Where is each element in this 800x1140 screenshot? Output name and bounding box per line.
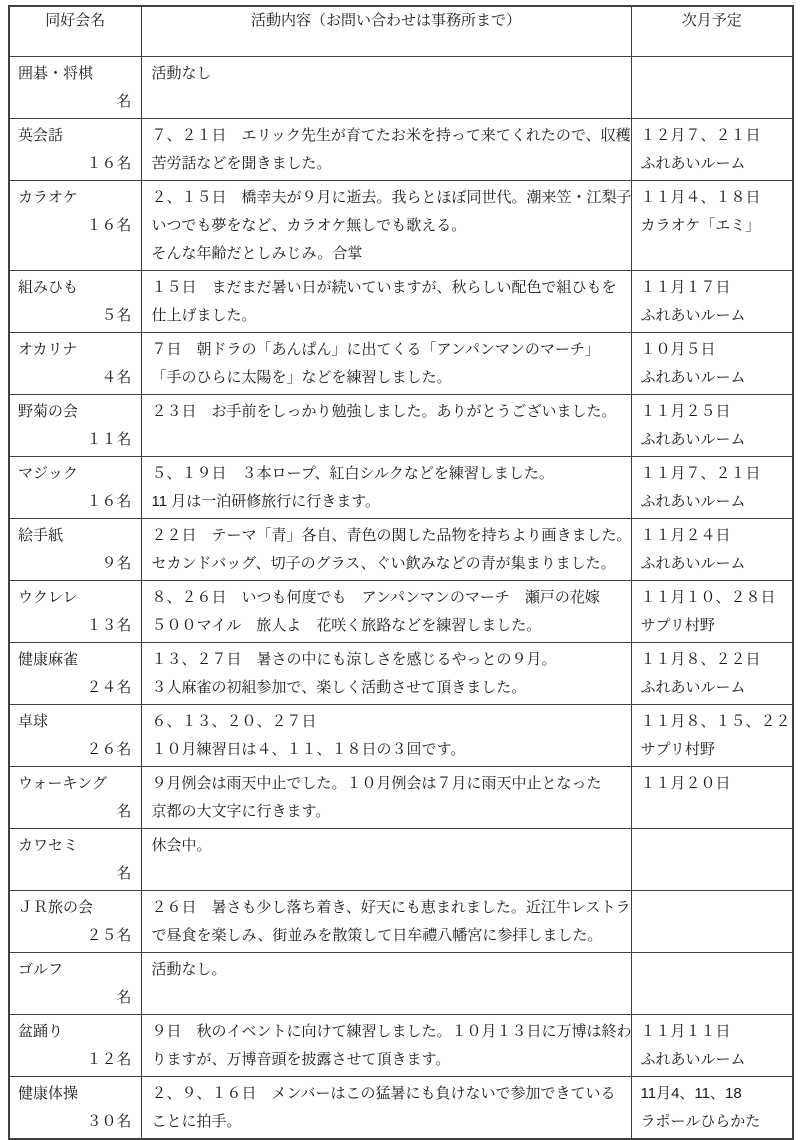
club-name: マジック bbox=[18, 460, 132, 488]
table-row: ウォーキング 名 ９月例会は雨天中止でした。１０月例会は７月に雨天中止となった京… bbox=[9, 766, 793, 828]
next-month-line: １１月２５日 bbox=[641, 398, 791, 426]
activity-cell: ５、１９日 ３本ロープ、紅白シルクなどを練習しました。11 月は一泊研修旅行に行… bbox=[141, 456, 631, 518]
table-row: 囲碁・将棋 名 活動なし bbox=[9, 56, 793, 118]
activity-line: 活動なし。 bbox=[152, 956, 627, 984]
next-month-cell bbox=[631, 828, 793, 890]
club-cell: マジック １６名 bbox=[9, 456, 141, 518]
club-cell: 健康体操 ３０名 bbox=[9, 1076, 141, 1139]
table-row: 健康麻雀 ２４名 １３、２７日 暑さの中にも涼しさを感じるやっとの９月。３人麻雀… bbox=[9, 642, 793, 704]
next-month-cell: １１月４、１８日カラオケ「エミ」 bbox=[631, 180, 793, 270]
activity-cell: ８、２６日 いつも何度でも アンパンマンのマーチ 瀬戸の花嫁５００マイル 旅人よ… bbox=[141, 580, 631, 642]
club-name: 健康麻雀 bbox=[18, 646, 132, 674]
activity-cell: ９月例会は雨天中止でした。１０月例会は７月に雨天中止となった京都の大文字に行きま… bbox=[141, 766, 631, 828]
table-header-row: 同好会名 活動内容（お問い合わせは事務所まで） 次月予定 bbox=[9, 6, 793, 56]
club-name: カラオケ bbox=[18, 184, 132, 212]
activity-line: ３人麻雀の初組参加で、楽しく活動させて頂きました。 bbox=[152, 674, 627, 702]
next-month-cell: １１月２４日ふれあいルーム bbox=[631, 518, 793, 580]
next-month-cell: １２月７、２１日ふれあいルーム bbox=[631, 118, 793, 180]
activity-line: ５、１９日 ３本ロープ、紅白シルクなどを練習しました。 bbox=[152, 460, 627, 488]
member-count: １２名 bbox=[18, 1046, 132, 1074]
club-cell: 組みひも ５名 bbox=[9, 270, 141, 332]
next-month-line: １２月７、２１日 bbox=[641, 122, 791, 150]
activity-line: ことに拍手。 bbox=[152, 1108, 627, 1136]
club-activity-table: 同好会名 活動内容（お問い合わせは事務所まで） 次月予定 囲碁・将棋 名 活動な… bbox=[8, 5, 794, 1140]
next-month-line: １１月１０、２８日 bbox=[641, 584, 791, 612]
club-name: 盆踊り bbox=[18, 1018, 132, 1046]
activity-cell: 活動なし。 bbox=[141, 952, 631, 1014]
club-cell: ＪＲ旅の会 ２５名 bbox=[9, 890, 141, 952]
page: 同好会名 活動内容（お問い合わせは事務所まで） 次月予定 囲碁・将棋 名 活動な… bbox=[0, 0, 800, 1042]
next-month-cell: １１月７、２１日ふれあいルーム bbox=[631, 456, 793, 518]
club-cell: ウクレレ １３名 bbox=[9, 580, 141, 642]
next-month-line: サプリ村野 bbox=[641, 736, 791, 764]
club-name: 英会話 bbox=[18, 122, 132, 150]
member-count: １６名 bbox=[18, 488, 132, 516]
activity-cell: １５日 まだまだ暑い日が続いていますが、秋らしい配色で組ひもを仕上げました。 bbox=[141, 270, 631, 332]
activity-cell: ２３日 お手前をしっかり勉強しました。ありがとうございました。 bbox=[141, 394, 631, 456]
next-month-cell: １１月１７日ふれあいルーム bbox=[631, 270, 793, 332]
next-month-line: ふれあいルーム bbox=[641, 150, 791, 178]
activity-cell: 活動なし bbox=[141, 56, 631, 118]
club-name: ウクレレ bbox=[18, 584, 132, 612]
club-cell: 健康麻雀 ２４名 bbox=[9, 642, 141, 704]
activity-line: ８、２６日 いつも何度でも アンパンマンのマーチ 瀬戸の花嫁 bbox=[152, 584, 627, 612]
activity-line: ５００マイル 旅人よ 花咲く旅路などを練習しました。 bbox=[152, 612, 627, 640]
next-month-line: ふれあいルーム bbox=[641, 426, 791, 454]
next-month-line: ふれあいルーム bbox=[641, 364, 791, 392]
activity-line: １０月練習日は４、１１、１８日の３回です。 bbox=[152, 736, 627, 764]
activity-cell: ２６日 暑さも少し落ち着き、好天にも恵まれました。近江牛レストランで昼食を楽しみ… bbox=[141, 890, 631, 952]
club-cell: 卓球 ２６名 bbox=[9, 704, 141, 766]
club-name: 組みひも bbox=[18, 274, 132, 302]
club-name: ウォーキング bbox=[18, 770, 132, 798]
club-name: ゴルフ bbox=[18, 956, 132, 984]
activity-line: 活動なし bbox=[152, 60, 627, 88]
activity-cell: ２、９、１６日 メンバーはこの猛暑にも負けないで参加できていることに拍手。 bbox=[141, 1076, 631, 1139]
club-cell: ゴルフ 名 bbox=[9, 952, 141, 1014]
member-count: ２４名 bbox=[18, 674, 132, 702]
member-count: ５名 bbox=[18, 302, 132, 330]
next-month-cell bbox=[631, 890, 793, 952]
next-month-line: 11月4、11、18 bbox=[641, 1080, 791, 1108]
activity-line: 苦労話などを聞きました。 bbox=[152, 150, 627, 178]
next-month-cell bbox=[631, 56, 793, 118]
member-count: 名 bbox=[18, 88, 132, 116]
next-month-line: １１月７、２１日 bbox=[641, 460, 791, 488]
table-row: ゴルフ 名 活動なし。 bbox=[9, 952, 793, 1014]
activity-line: セカンドバッグ、切子のグラス、ぐい飲みなどの青が集まりました。 bbox=[152, 550, 627, 578]
activity-line: ２、１５日 橋幸夫が９月に逝去。我らとほぼ同世代。潮来笠・江梨子・ bbox=[152, 184, 627, 212]
club-name: カワセミ bbox=[18, 832, 132, 860]
header-activity: 活動内容（お問い合わせは事務所まで） bbox=[141, 6, 631, 56]
table-row: ＪＲ旅の会 ２５名 ２６日 暑さも少し落ち着き、好天にも恵まれました。近江牛レス… bbox=[9, 890, 793, 952]
table-row: オカリナ ４名 ７日 朝ドラの「あんぱん」に出てくる「アンパンマンのマーチ」「手… bbox=[9, 332, 793, 394]
next-month-cell: １１月１１日ふれあいルーム bbox=[631, 1014, 793, 1076]
club-name: 野菊の会 bbox=[18, 398, 132, 426]
club-cell: 英会話 １６名 bbox=[9, 118, 141, 180]
next-month-line: １１月８、２２日 bbox=[641, 646, 791, 674]
table-row: カラオケ １６名 ２、１５日 橋幸夫が９月に逝去。我らとほぼ同世代。潮来笠・江梨… bbox=[9, 180, 793, 270]
next-month-line: １１月８、１５、２２ bbox=[641, 708, 791, 736]
activity-cell: ６、１３、２０、２７日１０月練習日は４、１１、１８日の３回です。 bbox=[141, 704, 631, 766]
activity-line: 京都の大文字に行きます。 bbox=[152, 798, 627, 826]
table-row: 盆踊り １２名 ９日 秋のイベントに向けて練習しました。１０月１３日に万博は終わ… bbox=[9, 1014, 793, 1076]
club-cell: 絵手紙 ９名 bbox=[9, 518, 141, 580]
member-count: ２５名 bbox=[18, 922, 132, 950]
activity-line: ９月例会は雨天中止でした。１０月例会は７月に雨天中止となった bbox=[152, 770, 627, 798]
club-cell: 野菊の会 １１名 bbox=[9, 394, 141, 456]
activity-line: １３、２７日 暑さの中にも涼しさを感じるやっとの９月。 bbox=[152, 646, 627, 674]
next-month-cell: １１月８、２２日ふれあいルーム bbox=[631, 642, 793, 704]
activity-line: ７日 朝ドラの「あんぱん」に出てくる「アンパンマンのマーチ」 bbox=[152, 336, 627, 364]
member-count: ４名 bbox=[18, 364, 132, 392]
next-month-line: サプリ村野 bbox=[641, 612, 791, 640]
activity-cell: ９日 秋のイベントに向けて練習しました。１０月１３日に万博は終わりますが、万博音… bbox=[141, 1014, 631, 1076]
activity-cell: ７、２１日 エリック先生が育てたお米を持って来てくれたので、収穫の苦労話などを聞… bbox=[141, 118, 631, 180]
activity-line: そんな年齢だとしみじみ。合掌 bbox=[152, 240, 627, 268]
table-row: カワセミ 名 休会中。 bbox=[9, 828, 793, 890]
club-name: 囲碁・将棋 bbox=[18, 60, 132, 88]
activity-cell: ２、１５日 橋幸夫が９月に逝去。我らとほぼ同世代。潮来笠・江梨子・いつでも夢をな… bbox=[141, 180, 631, 270]
member-count: ９名 bbox=[18, 550, 132, 578]
table-body: 囲碁・将棋 名 活動なし 英会話 １６名 ７、２１日 エリック先生が育てたお米を… bbox=[9, 56, 793, 1139]
club-cell: オカリナ ４名 bbox=[9, 332, 141, 394]
activity-cell: ７日 朝ドラの「あんぱん」に出てくる「アンパンマンのマーチ」「手のひらに太陽を」… bbox=[141, 332, 631, 394]
activity-line: 仕上げました。 bbox=[152, 302, 627, 330]
member-count: １６名 bbox=[18, 150, 132, 178]
table-row: 卓球 ２６名 ６、１３、２０、２７日１０月練習日は４、１１、１８日の３回です。 … bbox=[9, 704, 793, 766]
next-month-line: ふれあいルーム bbox=[641, 1046, 791, 1074]
next-month-cell: 11月4、11、18ラポールひらかた bbox=[631, 1076, 793, 1139]
member-count: 名 bbox=[18, 860, 132, 888]
next-month-cell: １１月１０、２８日サプリ村野 bbox=[631, 580, 793, 642]
next-month-line: １１月４、１８日 bbox=[641, 184, 791, 212]
club-cell: 囲碁・将棋 名 bbox=[9, 56, 141, 118]
table-row: 野菊の会 １１名 ２３日 お手前をしっかり勉強しました。ありがとうございました。… bbox=[9, 394, 793, 456]
club-name: 卓球 bbox=[18, 708, 132, 736]
club-cell: ウォーキング 名 bbox=[9, 766, 141, 828]
activity-line: りますが、万博音頭を披露させて頂きます。 bbox=[152, 1046, 627, 1074]
table-row: 絵手紙 ９名 ２２日 テーマ「青」各自、青色の関した品物を持ちより画きました。花… bbox=[9, 518, 793, 580]
activity-line: ６、１３、２０、２７日 bbox=[152, 708, 627, 736]
next-month-line: １１月１１日 bbox=[641, 1018, 791, 1046]
activity-line: 休会中。 bbox=[152, 832, 627, 860]
activity-line: ２、９、１６日 メンバーはこの猛暑にも負けないで参加できている bbox=[152, 1080, 627, 1108]
header-club-name: 同好会名 bbox=[9, 6, 141, 56]
table-row: 組みひも ５名 １５日 まだまだ暑い日が続いていますが、秋らしい配色で組ひもを仕… bbox=[9, 270, 793, 332]
next-month-cell: １１月８、１５、２２サプリ村野 bbox=[631, 704, 793, 766]
activity-line: ２２日 テーマ「青」各自、青色の関した品物を持ちより画きました。花、 bbox=[152, 522, 627, 550]
member-count: 名 bbox=[18, 798, 132, 826]
next-month-line: ふれあいルーム bbox=[641, 674, 791, 702]
table-row: ウクレレ １３名 ８、２６日 いつも何度でも アンパンマンのマーチ 瀬戸の花嫁５… bbox=[9, 580, 793, 642]
next-month-line: １０月５日 bbox=[641, 336, 791, 364]
next-month-cell: １１月２５日ふれあいルーム bbox=[631, 394, 793, 456]
club-cell: カラオケ １６名 bbox=[9, 180, 141, 270]
club-cell: 盆踊り １２名 bbox=[9, 1014, 141, 1076]
activity-cell: ２２日 テーマ「青」各自、青色の関した品物を持ちより画きました。花、セカンドバッ… bbox=[141, 518, 631, 580]
next-month-line: １１月２４日 bbox=[641, 522, 791, 550]
activity-line: ２６日 暑さも少し落ち着き、好天にも恵まれました。近江牛レストラン bbox=[152, 894, 627, 922]
member-count: １３名 bbox=[18, 612, 132, 640]
header-next-month: 次月予定 bbox=[631, 6, 793, 56]
next-month-line: １１月１７日 bbox=[641, 274, 791, 302]
table-row: 健康体操 ３０名 ２、９、１６日 メンバーはこの猛暑にも負けないで参加できている… bbox=[9, 1076, 793, 1139]
activity-line: ９日 秋のイベントに向けて練習しました。１０月１３日に万博は終わ bbox=[152, 1018, 627, 1046]
next-month-cell: １０月５日ふれあいルーム bbox=[631, 332, 793, 394]
next-month-line: ラポールひらかた bbox=[641, 1108, 791, 1136]
table-row: 英会話 １６名 ７、２１日 エリック先生が育てたお米を持って来てくれたので、収穫… bbox=[9, 118, 793, 180]
activity-cell: 休会中。 bbox=[141, 828, 631, 890]
next-month-line: １１月２０日 bbox=[641, 770, 791, 798]
table-row: マジック １６名 ５、１９日 ３本ロープ、紅白シルクなどを練習しました。11 月… bbox=[9, 456, 793, 518]
activity-cell: １３、２７日 暑さの中にも涼しさを感じるやっとの９月。３人麻雀の初組参加で、楽し… bbox=[141, 642, 631, 704]
activity-line: １５日 まだまだ暑い日が続いていますが、秋らしい配色で組ひもを bbox=[152, 274, 627, 302]
activity-line: で昼食を楽しみ、街並みを散策して日牟禮八幡宮に参拝しました。 bbox=[152, 922, 627, 950]
activity-line: ７、２１日 エリック先生が育てたお米を持って来てくれたので、収穫の bbox=[152, 122, 627, 150]
activity-line: ２３日 お手前をしっかり勉強しました。ありがとうございました。 bbox=[152, 398, 627, 426]
member-count: 名 bbox=[18, 984, 132, 1012]
activity-line: いつでも夢をなど、カラオケ無しでも歌える。 bbox=[152, 212, 627, 240]
member-count: １１名 bbox=[18, 426, 132, 454]
club-name: 健康体操 bbox=[18, 1080, 132, 1108]
next-month-line: カラオケ「エミ」 bbox=[641, 212, 791, 240]
member-count: ３０名 bbox=[18, 1108, 132, 1136]
member-count: ２６名 bbox=[18, 736, 132, 764]
next-month-cell: １１月２０日 bbox=[631, 766, 793, 828]
member-count: １６名 bbox=[18, 212, 132, 240]
club-name: 絵手紙 bbox=[18, 522, 132, 550]
next-month-line: ふれあいルーム bbox=[641, 488, 791, 516]
activity-line: 11 月は一泊研修旅行に行きます。 bbox=[152, 488, 627, 516]
club-name: オカリナ bbox=[18, 336, 132, 364]
club-name: ＪＲ旅の会 bbox=[18, 894, 132, 922]
activity-line: 「手のひらに太陽を」などを練習しました。 bbox=[152, 364, 627, 392]
next-month-cell bbox=[631, 952, 793, 1014]
next-month-line: ふれあいルーム bbox=[641, 550, 791, 578]
next-month-line: ふれあいルーム bbox=[641, 302, 791, 330]
club-cell: カワセミ 名 bbox=[9, 828, 141, 890]
